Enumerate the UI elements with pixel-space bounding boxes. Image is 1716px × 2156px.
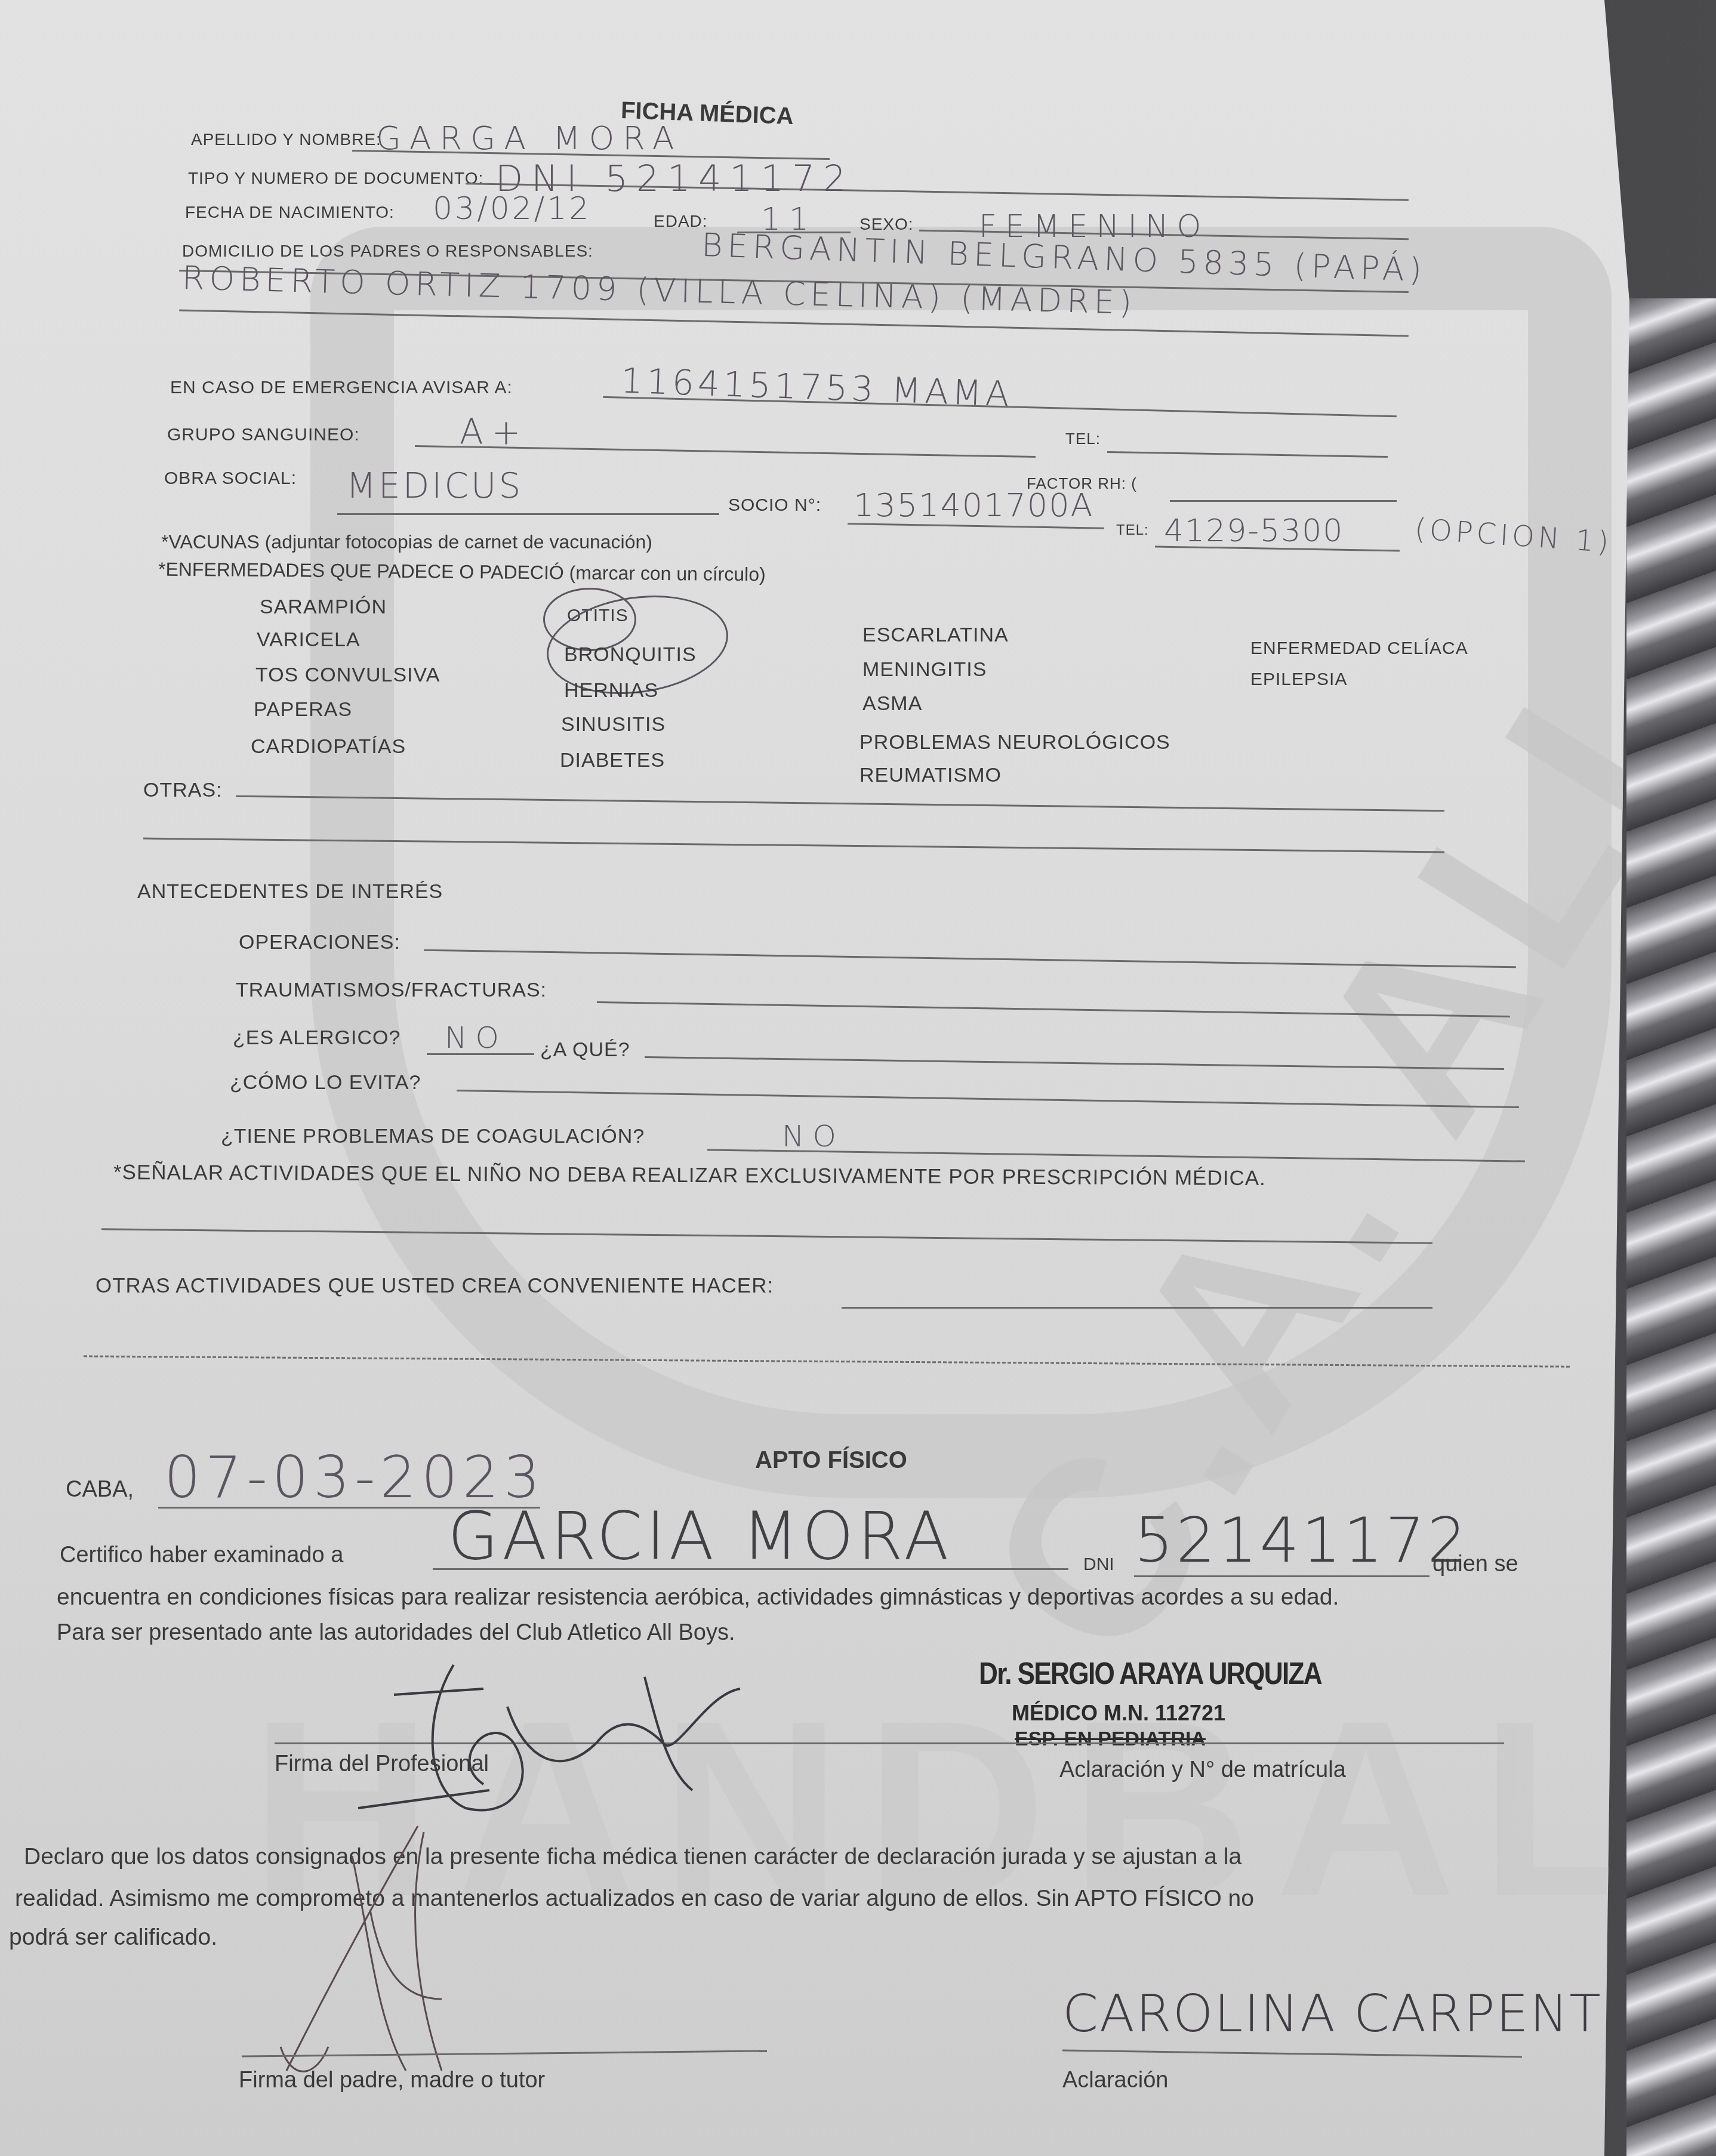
label-sexo: SEXO:: [859, 215, 914, 234]
disease-meningitis[interactable]: MENINGITIS: [862, 658, 987, 681]
label-caba: CABA,: [66, 1477, 134, 1503]
value-obra-social[interactable]: MEDICUS: [346, 465, 523, 506]
label-emergencia: EN CASO DE EMERGENCIA AVISAR A:: [170, 378, 513, 398]
disease-cardiopatias[interactable]: CARDIOPATÍAS: [251, 735, 406, 758]
label-domicilio: DOMICILIO DE LOS PADRES O RESPONSABLES:: [182, 242, 593, 261]
stamp-mn: MÉDICO M.N. 112721: [1012, 1701, 1225, 1726]
label-socio: SOCIO N°:: [728, 495, 821, 516]
label-obra-social: OBRA SOCIAL:: [164, 468, 297, 489]
enfermedades-heading: *ENFERMEDADES QUE PADECE O PADECIÓ (marc…: [158, 559, 766, 586]
value-alergico[interactable]: NO: [445, 1020, 507, 1055]
label-alergico: ¿ES ALERGICO?: [233, 1026, 400, 1050]
foil-background: [1626, 298, 1716, 2156]
label-quien-se: quien se: [1432, 1552, 1518, 1577]
disease-varicela[interactable]: VARICELA: [257, 628, 361, 652]
label-coagulacion: ¿TIENE PROBLEMAS DE COAGULACIÓN?: [221, 1125, 645, 1148]
declaracion-line-3: podrá ser calificado.: [9, 1924, 217, 1951]
label-traumatismos: TRAUMATISMOS/FRACTURAS:: [236, 979, 547, 1002]
label-tel-1: TEL:: [1065, 430, 1101, 448]
value-grupo-sanguineo[interactable]: A+: [460, 412, 529, 452]
value-certifico-nombre[interactable]: GARCIA MORA: [448, 1498, 953, 1574]
disease-sinusitis[interactable]: SINUSITIS: [561, 713, 666, 736]
line-otras-actividades[interactable]: [842, 1307, 1432, 1309]
disease-reumatismo[interactable]: REUMATISMO: [859, 764, 1002, 787]
label-fecha-nacimiento: FECHA DE NACIMIENTO:: [185, 203, 395, 222]
label-a-que: ¿A QUÉ?: [540, 1038, 630, 1062]
line-obra-social: [337, 513, 719, 515]
antecedentes-heading: ANTECEDENTES DE INTERÉS: [137, 880, 443, 903]
label-edad: EDAD:: [654, 212, 708, 231]
disease-asma[interactable]: ASMA: [862, 692, 922, 715]
disease-enfermedad-celiaca[interactable]: ENFERMEDAD CELÍACA: [1250, 639, 1468, 659]
tutor-signature: [227, 1820, 645, 2083]
disease-tos-convulsiva[interactable]: TOS CONVULSIVA: [255, 664, 440, 687]
label-firma-tutor: Firma del padre, madre o tutor: [239, 2068, 545, 2093]
label-grupo-sanguineo: GRUPO SANGUINEO:: [167, 425, 360, 445]
label-certifico: Certifico haber examinado a: [60, 1543, 343, 1568]
medical-form-paper: C.A. ALL BOYS HANDBALL FICHA MÉDICA APEL…: [0, 0, 1671, 2156]
value-socio[interactable]: 1351401700A: [854, 486, 1094, 524]
value-fecha-nacimiento[interactable]: 03/02/12: [433, 191, 591, 227]
label-dni: DNI: [1083, 1554, 1114, 1575]
doctor-signature: [286, 1641, 1003, 1844]
disease-epilepsia[interactable]: EPILEPSIA: [1250, 670, 1347, 690]
label-aclaracion: Aclaración: [1062, 2068, 1168, 2093]
vacunas-note: *VACUNAS (adjuntar fotocopias de carnet …: [161, 531, 652, 553]
label-tel-2: TEL:: [1116, 522, 1149, 539]
apto-title: APTO FÍSICO: [755, 1447, 907, 1474]
label-como-evita: ¿CÓMO LO EVITA?: [230, 1071, 421, 1094]
disease-problemas-neurologicos[interactable]: PROBLEMAS NEUROLÓGICOS: [859, 731, 1170, 754]
label-aclaracion-matricula: Aclaración y N° de matrícula: [1059, 1757, 1346, 1783]
label-otras: OTRAS:: [143, 779, 223, 802]
otras-actividades: OTRAS ACTIVIDADES QUE USTED CREA CONVENI…: [95, 1274, 774, 1298]
line-factor-rh[interactable]: [1170, 500, 1397, 502]
line-aclaracion: [1062, 2050, 1522, 2058]
apto-line-2: encuentra en condiciones físicas para re…: [57, 1584, 1339, 1611]
value-apellido[interactable]: GARGA MORA: [376, 119, 683, 157]
disease-diabetes[interactable]: DIABETES: [560, 749, 665, 772]
value-tel-2[interactable]: 4129-5300: [1164, 513, 1344, 549]
disease-paperas[interactable]: PAPERAS: [254, 698, 352, 721]
value-coagulacion[interactable]: NO: [782, 1119, 845, 1153]
label-apellido: APELLIDO Y NOMBRE:: [191, 130, 381, 149]
label-documento: TIPO Y NUMERO DE DOCUMENTO:: [188, 169, 483, 188]
disease-escarlatina[interactable]: ESCARLATINA: [862, 624, 1009, 647]
disease-hernias[interactable]: HERNIAS: [564, 679, 658, 702]
disease-sarampion[interactable]: SARAMPIÓN: [260, 596, 387, 619]
stamp-especialidad: ESP. EN PEDIATRIA: [1015, 1728, 1206, 1751]
value-dni[interactable]: 52141172: [1134, 1504, 1469, 1577]
stamp-doctor-name: Dr. SERGIO ARAYA URQUIZA: [979, 1656, 1321, 1692]
label-operaciones: OPERACIONES:: [239, 931, 400, 954]
